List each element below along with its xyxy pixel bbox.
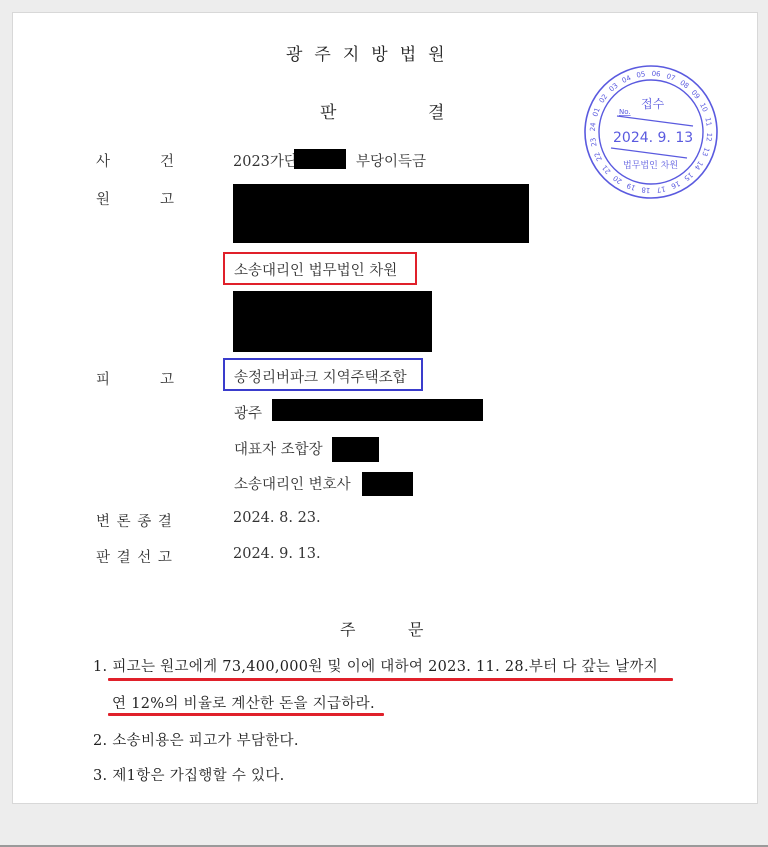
- doc-title-part-1: 판: [320, 98, 336, 123]
- order-item-1-line-2: 연 12%의 비율로 계산한 돈을 지급하라.: [112, 692, 375, 713]
- svg-text:12: 12: [704, 132, 713, 142]
- underline-order-1: [108, 678, 673, 681]
- plaintiff-counsel: 소송대리인 법무법인 차원: [234, 259, 397, 280]
- svg-text:23: 23: [589, 137, 598, 147]
- defendant-counsel: 소송대리인 변호사: [234, 473, 351, 494]
- order-item-2: 2. 소송비용은 피고가 부담한다.: [93, 729, 299, 750]
- court-name: 광주지방법원: [286, 40, 457, 65]
- case-label-2: 건: [160, 150, 174, 171]
- svg-text:11: 11: [703, 117, 712, 127]
- redacted-case-number: [294, 149, 346, 169]
- defendant-address-prefix: 광주: [234, 402, 262, 423]
- stamp-firm: 법무법인 차원: [623, 159, 678, 171]
- svg-text:19: 19: [626, 181, 637, 192]
- order-heading-part-2: 문: [408, 617, 423, 640]
- redacted-plaintiff-info: [233, 184, 529, 243]
- stamp-title: 접수: [641, 96, 665, 111]
- defendant-name: 송정리버파크 지역주택조합: [234, 366, 407, 387]
- redacted-counsel-lawyers: [233, 291, 432, 352]
- order-item-3: 3. 제1항은 가집행할 수 있다.: [93, 764, 285, 785]
- plaintiff-label-2: 고: [160, 188, 174, 209]
- order-item-1-line-1: 1. 피고는 원고에게 73,400,000원 및 이에 대하여 2023. 1…: [93, 655, 658, 676]
- redacted-defendant-address: [272, 399, 483, 421]
- svg-text:24: 24: [589, 122, 598, 132]
- svg-text:10: 10: [698, 102, 709, 113]
- svg-text:06: 06: [651, 70, 661, 79]
- redacted-representative-name: [332, 437, 379, 462]
- svg-text:01: 01: [591, 107, 602, 118]
- doc-title-part-2: 결: [428, 98, 444, 123]
- svg-text:16: 16: [669, 179, 681, 190]
- defendant-label-1: 피: [96, 368, 110, 389]
- case-number-prefix: 2023가단: [233, 150, 298, 171]
- underline-order-1b: [108, 713, 384, 716]
- sentencing-date: 2024. 9. 13.: [233, 546, 321, 562]
- stamp-no: No.: [619, 108, 631, 116]
- svg-text:07: 07: [665, 72, 676, 83]
- sentencing-label: 판 결 선 고: [96, 546, 173, 567]
- closing-label: 변 론 종 결: [96, 510, 173, 531]
- case-name: 부당이득금: [356, 150, 426, 171]
- defendant-label-2: 고: [160, 368, 174, 389]
- svg-text:04: 04: [621, 74, 633, 85]
- redacted-defendant-lawyer: [362, 472, 413, 496]
- stamp-date: 2024. 9. 13: [613, 130, 693, 146]
- order-heading-part-1: 주: [340, 617, 355, 640]
- plaintiff-label-1: 원: [96, 188, 110, 209]
- receipt-stamp: 0102030405060708091011121314151617181920…: [583, 64, 719, 200]
- svg-text:22: 22: [593, 151, 604, 162]
- svg-text:18: 18: [641, 185, 651, 194]
- svg-text:05: 05: [636, 70, 646, 79]
- defendant-representative: 대표자 조합장: [234, 438, 323, 459]
- closing-date: 2024. 8. 23.: [233, 510, 321, 526]
- svg-text:17: 17: [656, 184, 666, 193]
- case-label-1: 사: [96, 150, 110, 171]
- svg-text:13: 13: [700, 146, 711, 157]
